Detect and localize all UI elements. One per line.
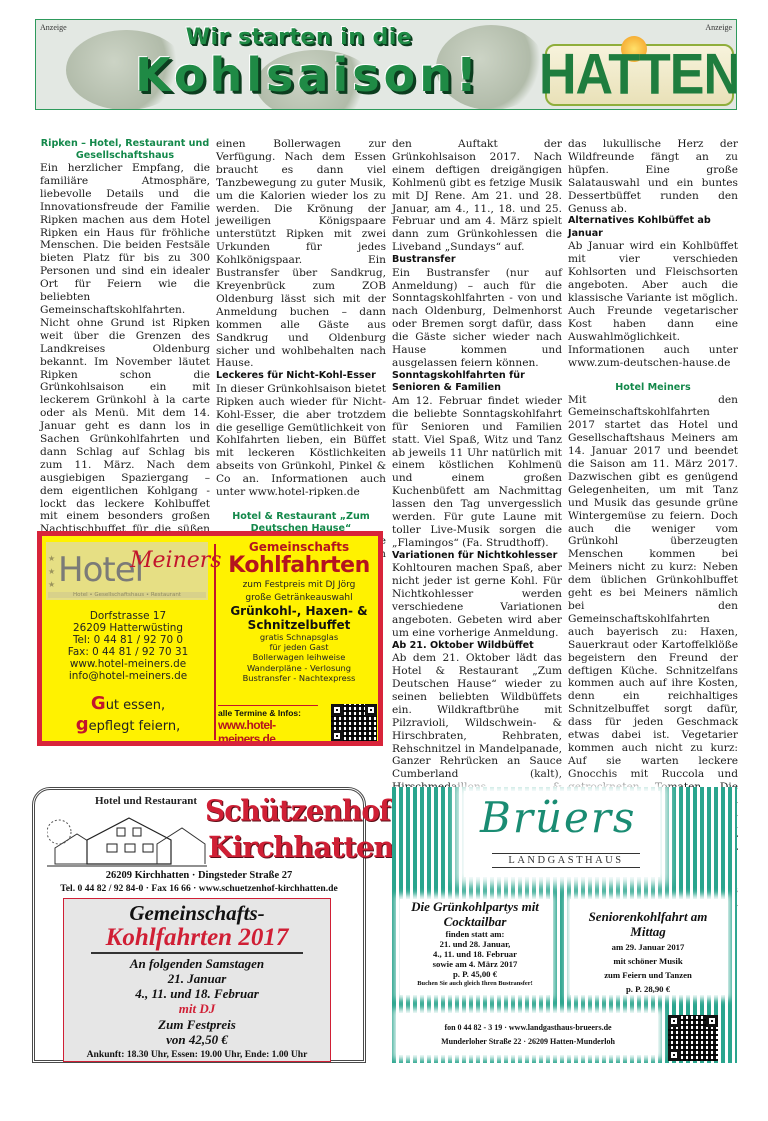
meiners-logo: ★★★ Hotel Meiners Hotel • Gesellschaftsh…: [46, 542, 208, 600]
ad-landgasthaus-brueers: Brüers LANDGASTHAUS Die Grünkohlpartys m…: [392, 787, 737, 1063]
box-line: 21. Januar: [64, 971, 330, 986]
section-body-ripken-cont: einen Bollerwagen zur Verfügung. Nach de…: [216, 138, 386, 370]
section-body-variationen: Kohltouren machen Spaß, aber nicht jeder…: [392, 562, 562, 639]
divider: [214, 544, 216, 740]
offer-line: für jeden Gast: [218, 642, 380, 652]
hotel-address: 26209 Kirchhatten · Dingsteder Straße 27: [35, 870, 363, 881]
offer-line: Bustransfer - Nachtexpress: [218, 673, 380, 683]
ad-schuetzenhof: Hotel und Restaurant Schützenhof Kirchha…: [32, 787, 366, 1063]
qr-code-icon[interactable]: [331, 704, 377, 742]
party-title: Die Grünkohlpartys mit Cocktailbar: [400, 899, 550, 929]
slogan-cap: G: [91, 693, 106, 714]
footer-contact: fon 0 44 82 - 3 19 · www.landgasthaus-br…: [398, 1021, 658, 1035]
senior-line: am 29. Januar 2017: [570, 942, 726, 953]
section-body-wild-cont: das lukullische Herz der Wildfreunde fän…: [568, 138, 738, 215]
address-city: 26209 Hatterwüsting: [42, 622, 214, 634]
headline-line2: Kohlsaison!: [98, 48, 518, 102]
slogan-cap: g: [63, 735, 76, 746]
contact-url[interactable]: www.hotel-meiners.de: [218, 718, 328, 746]
address-street: Dorfstrasse 17: [42, 610, 214, 622]
ad-kicker: Hotel und Restaurant: [95, 795, 197, 807]
meiners-slogan: Gut essen, gepflegt feiern, gemütlich wo…: [42, 694, 214, 746]
offer-line: Wanderpläne - Verlosung: [218, 663, 380, 673]
section-body-alternatives-kohlbueffet: Ab Januar wird ein Kohlbüffet mit vier v…: [568, 240, 738, 369]
slogan-cap: g: [76, 714, 89, 735]
logo-subtitle: LANDGASTHAUS: [492, 853, 640, 868]
address-email[interactable]: info@hotel-meiners.de: [42, 670, 214, 682]
senior-price: p. P. 28,90 €: [570, 984, 726, 995]
stars-icon: ★★★: [48, 552, 55, 591]
party-line: finden statt am:: [400, 929, 550, 939]
section-heading-ripken: Ripken – Hotel, Restaurant und Gesellsch…: [40, 138, 210, 162]
divider: [218, 705, 318, 706]
ad-label-right: Anzeige: [705, 23, 732, 32]
logo-subline: Hotel • Gesellschaftshaus • Restaurant: [48, 592, 206, 598]
subheading-senioren: Sonntagskohlfahrten für Senioren & Famil…: [392, 370, 562, 395]
hatten-logo-text: HATTEN: [539, 46, 737, 103]
offer-title-small: Gemeinschafts: [218, 540, 380, 554]
brueers-footer: fon 0 44 82 - 3 19 · www.landgasthaus-br…: [398, 1013, 658, 1055]
header-banner: Anzeige Anzeige Wir starten in die Kohls…: [35, 19, 737, 110]
section-body-ripken: Ein herzlicher Empfang, die familiäre At…: [40, 162, 210, 575]
box-times: Ankunft: 18.30 Uhr, Essen: 19.00 Uhr, En…: [64, 1049, 330, 1060]
address-tel: Tel: 0 44 81 / 92 70 0: [42, 634, 214, 646]
hotel-name-line1: Schützenhof: [205, 793, 390, 828]
senior-title: Seniorenkohlfahrt am Mittag: [570, 909, 726, 939]
party-panel: Die Grünkohlpartys mit Cocktailbar finde…: [400, 899, 550, 995]
article-column-2: einen Bollerwagen zur Verfügung. Nach de…: [216, 138, 386, 574]
headline-line1: Wir starten in die: [174, 25, 424, 50]
subheading-variationen: Variationen für Nichtkohlesser: [392, 550, 562, 563]
box-price: von 42,50 €: [64, 1032, 330, 1047]
logo-script: Brüers: [480, 793, 636, 842]
divider: [91, 952, 303, 954]
party-line: 21. und 28. Januar,: [400, 939, 550, 949]
subheading-alternatives-kohlbueffet: Alternatives Kohlbüffet ab Januar: [568, 215, 738, 240]
senior-line: mit schöner Musik: [570, 956, 726, 967]
box-line: An folgenden Samstagen: [64, 956, 330, 971]
article-column-1: Ripken – Hotel, Restaurant und Gesellsch…: [40, 138, 210, 575]
slogan-text: epflegt feiern,: [89, 719, 181, 734]
offer-line: gratis Schnapsglas: [218, 632, 380, 642]
hotel-name-line2: Kirchhatten: [208, 830, 393, 864]
slogan-text: ut essen,: [106, 698, 165, 713]
brueers-logo: Brüers LANDGASTHAUS: [464, 791, 660, 877]
meiners-contact: alle Termine & Infos: www.hotel-meiners.…: [218, 702, 328, 746]
section-body-auftakt: den Auftakt der Grünkohlsaison 2017. Nac…: [392, 138, 562, 254]
hotel-contact: Tel. 0 44 82 / 92 84-0 · Fax 16 66 · www…: [35, 883, 363, 894]
logo-name-text: Meiners: [130, 548, 222, 573]
contact-label: alle Termine & Infos:: [218, 708, 328, 718]
address-fax: Fax: 0 44 81 / 92 70 31: [42, 646, 214, 658]
box-dj: mit DJ: [64, 1001, 330, 1016]
offer-line: zum Festpreis mit DJ Jörg: [218, 580, 380, 591]
box-title2: Kohlfahrten 2017: [64, 924, 330, 951]
meiners-offer: Gemeinschafts Kohlfahrten zum Festpreis …: [218, 540, 380, 683]
section-heading-meiners: Hotel Meiners: [568, 382, 738, 394]
house-drawing-icon: [47, 814, 207, 868]
subheading-wildbueffet: Ab 21. Oktober Wildbüffet: [392, 640, 562, 653]
subheading-bustransfer: Bustransfer: [392, 254, 562, 267]
party-price: p. P. 45,00 €: [400, 969, 550, 979]
box-price-label: Zum Festpreis: [64, 1017, 330, 1032]
section-body-senioren: Am 12. Februar findet wieder die beliebt…: [392, 395, 562, 550]
party-note: Buchen Sie auch gleich Ihren Bustransfer…: [400, 979, 550, 989]
qr-code-icon[interactable]: [668, 1015, 718, 1061]
subheading-nicht-kohl-esser: Leckeres für Nicht-Kohl-Esser: [216, 370, 386, 383]
ad-hotel-meiners: ★★★ Hotel Meiners Hotel • Gesellschaftsh…: [37, 531, 383, 746]
section-body-nicht-kohl-esser: In dieser Grünkohlsaison bietet Ripken a…: [216, 383, 386, 499]
box-line: 4., 11. und 18. Februar: [64, 986, 330, 1001]
address-web[interactable]: www.hotel-meiners.de: [42, 658, 214, 670]
article-column-3: den Auftakt der Grünkohlsaison 2017. Nac…: [392, 138, 562, 846]
kohlfahrten-box: Gemeinschafts- Kohlfahrten 2017 An folge…: [63, 898, 331, 1062]
offer-title-big: Kohlfahrten: [218, 554, 380, 578]
slogan-text: emütlich wohnen.: [76, 740, 192, 746]
party-line: sowie am 4. März 2017: [400, 959, 550, 969]
section-body-bustransfer: Ein Bustransfer (nur auf Anmeldung) – au…: [392, 267, 562, 370]
footer-address: Munderloher Straße 22 · 26209 Hatten-Mun…: [398, 1035, 658, 1049]
offer-highlight: Grünkohl-, Haxen- & Schnitzelbuffet: [218, 604, 380, 632]
box-title1: Gemeinschafts-: [64, 902, 330, 924]
senior-line: zum Feiern und Tanzen: [570, 970, 726, 981]
offer-line: große Getränkeauswahl: [218, 593, 380, 604]
meiners-address: Dorfstrasse 17 26209 Hatterwüsting Tel: …: [42, 610, 214, 682]
hatten-logo: HATTEN: [545, 44, 734, 106]
senior-panel: Seniorenkohlfahrt am Mittag am 29. Janua…: [570, 899, 726, 995]
offer-line: Bollerwagen leihweise: [218, 652, 380, 662]
ad-label-left: Anzeige: [40, 23, 67, 32]
party-line: 4., 11. und 18. Februar: [400, 949, 550, 959]
